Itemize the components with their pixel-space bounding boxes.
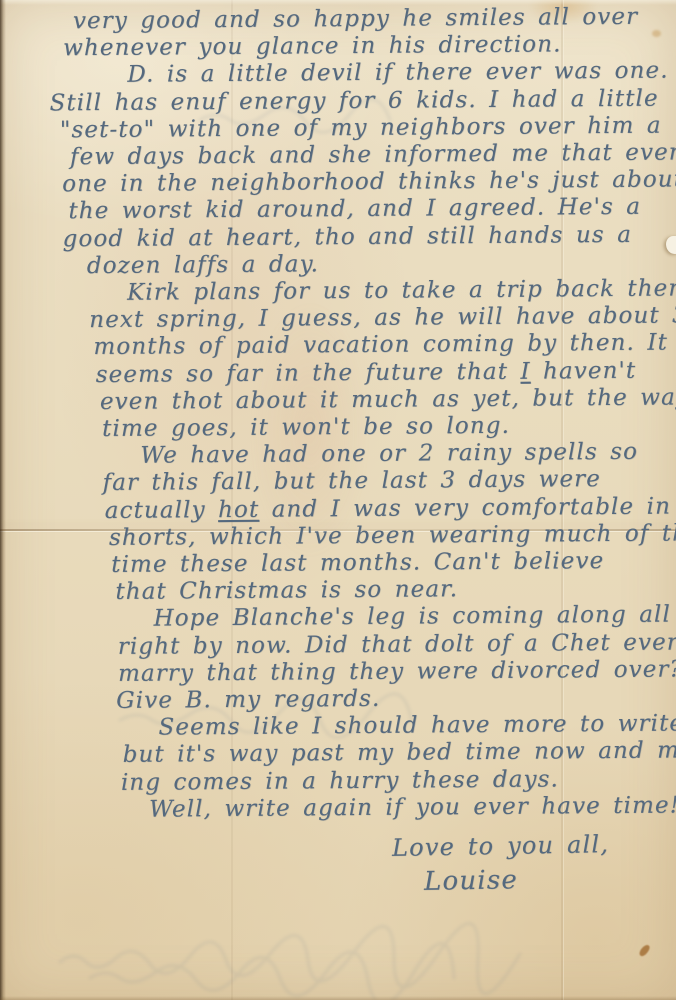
letter-line: Seems like I should have more to write <box>158 711 676 742</box>
letter-line: Give B. my regards. <box>116 684 676 716</box>
paper-speck <box>638 943 651 958</box>
paper-edge-left <box>0 0 6 1000</box>
letter-line: Hope Blanche's leg is coming along all <box>154 602 676 633</box>
letter-line: D. is a little devil if there ever was o… <box>127 58 673 89</box>
letter-line: the worst kid around, and I agreed. He's… <box>68 194 674 226</box>
paper-edge-bottom <box>0 996 676 1000</box>
letter-line: seems so far in the future that I haven'… <box>96 357 676 389</box>
letter-line: even thot about it much as yet, but the … <box>100 384 676 416</box>
letter-line: time these last months. Can't believe <box>111 548 676 580</box>
letter-line: marry that thing they were divorced over… <box>118 656 676 688</box>
paper-speck <box>652 30 661 37</box>
signature: Louise <box>424 865 518 897</box>
letter-line: but it's way past my bed time now and mo… <box>123 738 676 770</box>
letter-line: ing comes in a hurry these days. <box>121 765 676 797</box>
paper-edge-top <box>0 0 676 5</box>
letter-line: good kid at heart, tho and still hands u… <box>63 221 675 253</box>
letter-line: right by now. Did that dolt of a Chet ev… <box>118 629 676 661</box>
letter-line: months of paid vacation coming by then. … <box>93 330 675 362</box>
valediction: Love to you all, <box>392 830 610 862</box>
letter-line: that Christmas is so near. <box>115 575 676 607</box>
letter-line: Kirk plans for us to take a trip back th… <box>127 276 675 308</box>
letter-line: far this fall, but the last 3 days were <box>102 466 676 498</box>
letter-line: very good and so happy he smiles all ove… <box>73 3 673 35</box>
letter-line: Well, write again if you ever have time! <box>149 792 676 823</box>
letter-page: very good and so happy he smiles all ove… <box>0 0 676 1000</box>
letter-line: actually hot and I was very comfortable … <box>105 493 676 525</box>
letter-lines: very good and so happy he smiles all ove… <box>33 3 676 824</box>
letter-line: We have had one or 2 rainy spells so <box>140 439 676 470</box>
